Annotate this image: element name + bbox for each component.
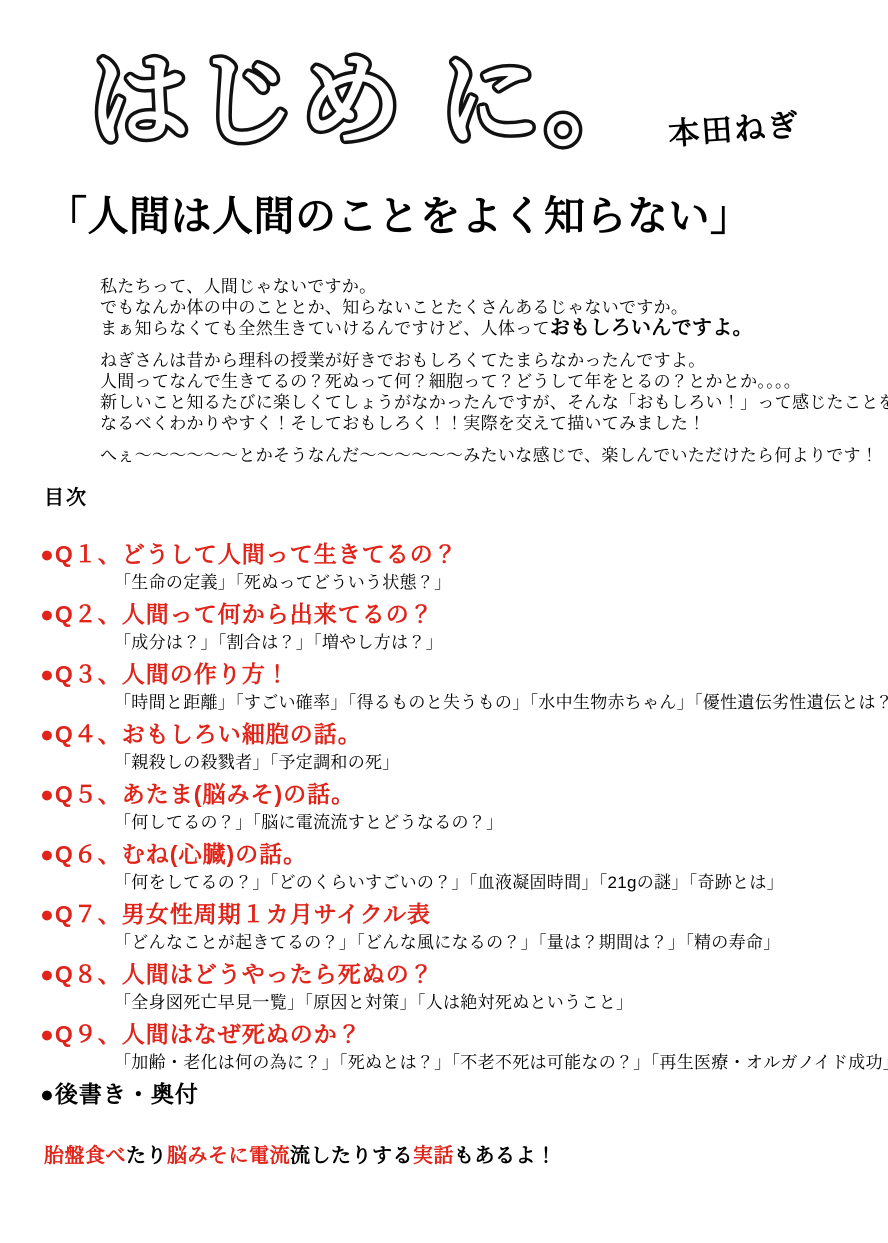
toc-item-q6: ●Q６、むね(心臓)の話。 「何をしてるの？」「どのくらいすごいの？」「血液凝固… — [40, 841, 870, 893]
intro-line: なるべくわかりやすく！そしておもしろく！！実際を交えて描いてみました！ — [100, 413, 888, 434]
intro-line: 新しいこと知るたびに楽しくてしょうがなかったんですが、そんな「おもしろい！」って… — [100, 392, 888, 413]
toc-item-q2: ●Q２、人間って何から出来てるの？ 「成分は？」「割合は？」「増やし方は？」 — [40, 601, 870, 653]
toc-item-subtitle: 「成分は？」「割合は？」「増やし方は？」 — [114, 633, 870, 653]
footnote-segment: 実話 — [413, 1145, 454, 1167]
page-title: 「人間は人間のことをよく知らない」 — [46, 183, 752, 242]
toc-item-subtitle: 「何してるの？」「脳に電流流すとどうなるの？」 — [114, 813, 870, 833]
handwritten-title: はじめ に。 — [86, 26, 686, 176]
toc-item-title: ●Q６、むね(心臓)の話。 — [40, 841, 870, 867]
toc-item-q3: ●Q３、人間の作り方！ 「時間と距離」「すごい確率」「得るものと失うもの」「水中… — [40, 661, 870, 713]
toc-item-subtitle: 「全身図死亡早見一覧」「原因と対策」「人は絶対死ぬということ」 — [114, 993, 870, 1013]
toc-item-title: ●Q２、人間って何から出来てるの？ — [40, 601, 870, 627]
toc-item-q1: ●Q１、どうして人間って生きてるの？ 「生命の定義」「死ぬってどういう状態？」 — [40, 541, 870, 593]
intro-text: 私たちって、人間じゃないですか。 でもなんか体の中のこととか、知らないことたくさ… — [100, 276, 888, 477]
toc-item-title: ●Q１、どうして人間って生きてるの？ — [40, 541, 870, 567]
toc-item-title: ●Q８、人間はどうやったら死ぬの？ — [40, 961, 870, 987]
toc-item-q7: ●Q７、男女性周期１カ月サイクル表 「どんなことが起きてるの？」「どんな風になる… — [40, 901, 870, 953]
footnote-segment: もあるよ！ — [454, 1145, 557, 1167]
toc-item-title: ●Q７、男女性周期１カ月サイクル表 — [40, 901, 870, 927]
intro-paragraph-1: 私たちって、人間じゃないですか。 でもなんか体の中のこととか、知らないことたくさ… — [100, 276, 888, 339]
toc-item-q9: ●Q９、人間はなぜ死ぬのか？ 「加齢・老化は何の為に？」「死ぬとは？」「不老不死… — [40, 1021, 870, 1073]
footnote: 胎盤食べたり脳みそに電流流したりする実話もあるよ！ — [44, 1139, 557, 1168]
intro-line-normal: まぁ知らなくても全然生きていけるんですけど、人体って — [100, 319, 550, 338]
footnote-segment: 胎盤食べ — [44, 1145, 126, 1167]
toc-heading: 目次 — [44, 481, 88, 510]
toc-item-subtitle: 「何をしてるの？」「どのくらいすごいの？」「血液凝固時間」「21gの謎」「奇跡と… — [114, 873, 870, 893]
toc-item-q4: ●Q４、おもしろい細胞の話。 「親殺しの殺戮者」「予定調和の死」 — [40, 721, 870, 773]
toc-item-subtitle: 「生命の定義」「死ぬってどういう状態？」 — [114, 573, 870, 593]
toc-item-title: ●Q４、おもしろい細胞の話。 — [40, 721, 870, 747]
toc-item-title: ●Q３、人間の作り方！ — [40, 661, 870, 687]
footnote-segment: 流したりする — [290, 1145, 413, 1167]
intro-line: まぁ知らなくても全然生きていけるんですけど、人体っておもしろいんですよ。 — [100, 318, 888, 339]
toc-list: ●Q１、どうして人間って生きてるの？ 「生命の定義」「死ぬってどういう状態？」 … — [40, 541, 870, 1107]
toc-item-subtitle: 「加齢・老化は何の為に？」「死ぬとは？」「不老不死は可能なの？」「再生医療・オル… — [114, 1053, 870, 1073]
toc-item-subtitle: 「親殺しの殺戮者」「予定調和の死」 — [114, 753, 870, 773]
intro-line: へぇ～～～～～～とかそうなんだ～～～～～～みたいな感じで、楽しんでいただけたら何… — [100, 445, 888, 466]
toc-item-subtitle: 「時間と距離」「すごい確率」「得るものと失うもの」「水中生物赤ちゃん」「優性遺伝… — [114, 693, 870, 713]
intro-paragraph-2: ねぎさんは昔から理科の授業が好きでおもしろくてたまらなかったんですよ。 人間って… — [100, 350, 888, 434]
author-signature: 本田ねぎ — [667, 99, 802, 153]
intro-line: ねぎさんは昔から理科の授業が好きでおもしろくてたまらなかったんですよ。 — [100, 350, 888, 371]
intro-line: 私たちって、人間じゃないですか。 — [100, 276, 888, 297]
footnote-segment: たり — [126, 1145, 167, 1167]
toc-item-q5: ●Q５、あたま(脳みそ)の話。 「何してるの？」「脳に電流流すとどうなるの？」 — [40, 781, 870, 833]
intro-line: 人間ってなんで生きてるの？死ぬって何？細胞って？どうして年をとるの？とかとか。。… — [100, 371, 888, 392]
toc-item-title: ●Q９、人間はなぜ死ぬのか？ — [40, 1021, 870, 1047]
page: はじめ に。 本田ねぎ 「人間は人間のことをよく知らない」 私たちって、人間じゃ… — [0, 0, 888, 1243]
intro-line-emphasis: おもしろいんですよ。 — [550, 317, 753, 339]
toc-item-q8: ●Q８、人間はどうやったら死ぬの？ 「全身図死亡早見一覧」「原因と対策」「人は絶… — [40, 961, 870, 1013]
toc-item-title: ●Q５、あたま(脳みそ)の話。 — [40, 781, 870, 807]
footnote-segment: 脳みそに電流 — [167, 1145, 290, 1167]
handwritten-title-text: はじめ に。 — [88, 44, 650, 158]
intro-line: でもなんか体の中のこととか、知らないことたくさんあるじゃないですか。 — [100, 297, 888, 318]
toc-item-afterword: ●後書き・奥付 — [40, 1081, 870, 1107]
toc-item-subtitle: 「どんなことが起きてるの？」「どんな風になるの？」「量は？期間は？」「精の寿命」 — [114, 933, 870, 953]
intro-paragraph-3: へぇ～～～～～～とかそうなんだ～～～～～～みたいな感じで、楽しんでいただけたら何… — [100, 445, 888, 466]
